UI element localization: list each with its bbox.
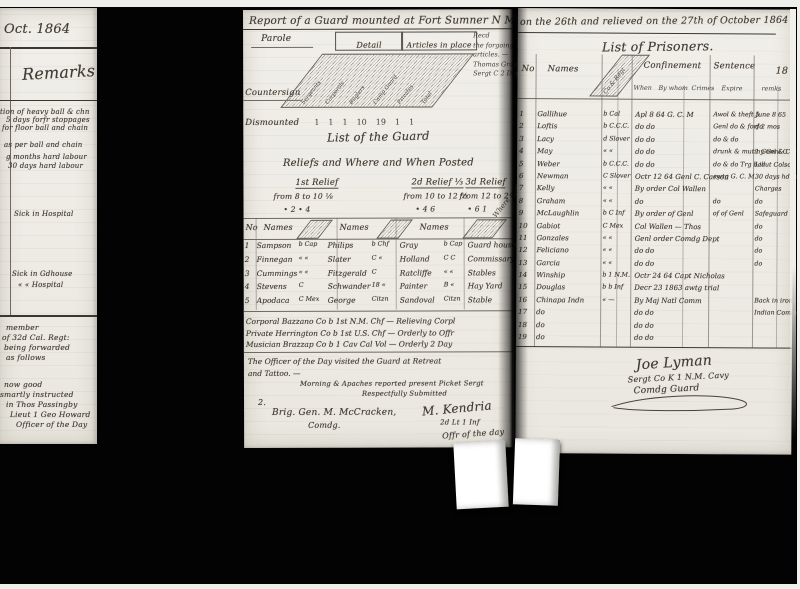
guard-row: 4 Stevens C Schwander 18 « Painter B « H… — [244, 282, 514, 297]
prisoner-sub-header: When — [633, 85, 651, 92]
guard-row-detail-2: b Chf — [372, 241, 389, 248]
report-note-2: Respectfully Submitted — [362, 389, 447, 397]
guard-row-name-3: Holland — [400, 254, 430, 263]
prisoner-row-co: C Slover — [603, 172, 630, 179]
prisoner-row-co: b C.C.C. — [603, 123, 629, 130]
remark-line: Sick in Gdhouse — [12, 270, 72, 278]
prisoner-row-sentence: do — [713, 198, 721, 205]
prisoner-row-name: Chinapa Indn — [536, 296, 584, 304]
prisoner-row-remarks: 5 — [755, 111, 759, 118]
rule — [0, 100, 97, 101]
rule — [0, 315, 97, 317]
rule — [244, 310, 514, 312]
rule — [10, 47, 11, 315]
guard-row-no: 4 — [245, 282, 250, 291]
scan-border-top — [0, 0, 800, 7]
prisoner-row-remarks: do — [755, 198, 763, 205]
articles-label: Articles in place — [407, 40, 472, 49]
report-note-1: Morning & Apaches reported present Picke… — [300, 379, 484, 387]
prisoner-row-co: « « — [603, 148, 613, 155]
prisoner-row-co: « « — [603, 247, 613, 254]
guard-row-name-3: Ratcliffe — [400, 268, 432, 277]
remarks-title: Remarks — [22, 61, 96, 84]
footer-line: now good — [4, 380, 42, 389]
prisoner-row-name: Lacy — [537, 135, 554, 143]
prisoner-row-confinement: By order of Genl — [635, 210, 694, 218]
prisoner-row-confinement: do do — [634, 247, 654, 255]
prisoner-row-confinement: Col Wallen — Thos — [635, 222, 701, 230]
prisoner-row-name: Loftis — [537, 123, 557, 131]
rule — [251, 47, 313, 48]
strength-values: 111101911 — [314, 110, 423, 129]
prisoner-sub-header: Crimes — [691, 85, 714, 92]
relief-2-name: 2d Relief ⅓ — [411, 177, 463, 188]
relief-2-time: from 10 to 12 ½ — [403, 191, 467, 200]
remark-line: 30 days hard labour — [8, 162, 83, 170]
footer-line: Officer of the Day — [16, 420, 87, 429]
commanding-label: Comdg. — [308, 421, 341, 430]
prisoner-col-confinement: Confinement — [644, 61, 702, 71]
prisoner-row-remarks: do — [754, 260, 762, 267]
prisoner-row-sentence: of of Genl — [713, 210, 744, 217]
prisoner-row-co: b Cal — [603, 111, 620, 118]
officer-signature-title: Offr of the day — [442, 427, 505, 440]
guard-row-detail-2: C — [372, 268, 377, 275]
guard-row-detail-1: « « — [299, 268, 309, 275]
footer-line: in Thos Passingby — [6, 400, 78, 409]
relief-2-nums: • 4 6 — [416, 204, 436, 213]
prisoner-row: 19 do do do — [516, 333, 792, 347]
visit-note: The Officer of the Day visited the Guard… — [248, 355, 441, 379]
guard-row-no: 1 — [245, 241, 250, 250]
guard-row-name-2: Fitzgerald — [328, 268, 367, 277]
prisoner-row-name: McLaughlin — [537, 209, 579, 217]
left-ledger-page: Oct. 1864 Remarks tion of heavy ball & c… — [0, 8, 97, 444]
guard-row-name-2: Philips — [328, 241, 354, 250]
prisoner-row-confinement: Apl 8 64 G. C. M — [635, 111, 693, 119]
supernumeraries: Corporal Bazzano Co b 1st N.M. Chf — Rel… — [246, 315, 456, 350]
prisoner-row-name: do — [536, 333, 545, 341]
prisoner-row-name: Winship — [536, 271, 565, 279]
prisoner-row-co: b C.C.C. — [603, 160, 629, 167]
prisoner-row-sentence: Awol & theft June 8 65 — [713, 111, 786, 118]
prisoner-sub-header: Expire — [721, 85, 742, 92]
guard-row-no: 5 — [245, 296, 250, 305]
reliefs-title: Reliefs and Where and When Posted — [268, 157, 488, 169]
guard-row-detail-2: C « — [372, 254, 383, 261]
scanned-document-frame: Oct. 1864 Remarks tion of heavy ball & c… — [0, 0, 800, 589]
guard-row: 2 Finnegan « « Slater C « Holland C C Co… — [244, 254, 514, 269]
signature-flourish — [608, 391, 758, 416]
prisoner-row-remarks: do — [755, 235, 763, 242]
officer-signature-name: M. Kendria — [422, 398, 493, 418]
prisoner-row-confinement: Octr 24 64 Capt Nicholas — [634, 272, 724, 281]
scan-border-bottom — [0, 584, 800, 589]
prisoner-row-co: « « — [603, 185, 613, 192]
page-tab-right — [513, 438, 560, 506]
strength-value: 1 — [409, 118, 414, 127]
prisoner-rows: 1 Gallihue b Cal Apl 8 64 G. C. M Awol &… — [516, 110, 793, 347]
prisoner-row-confinement: do — [635, 197, 644, 205]
prisoner-row-confinement: do do — [634, 334, 654, 342]
countersign-label: Countersign — [245, 88, 300, 98]
guard-row-detail-1: « « — [299, 255, 309, 262]
prisoner-row-confinement: By Maj Natl Comm — [634, 297, 702, 305]
prisoner-sub-headers: WhenBy whomCrimesExpireremks — [517, 84, 793, 96]
officer-signature-rank: 2d Lt 1 Inf — [440, 418, 480, 426]
strength-value: 10 — [357, 118, 367, 127]
guard-row-detail-3: « « — [444, 268, 454, 275]
remark-line: for floor ball and chain — [2, 124, 88, 132]
prisoner-list-title: List of Prisoners. — [573, 38, 743, 55]
strength-value: 1 — [314, 118, 319, 127]
prisoner-row-co: C Mex — [603, 222, 624, 229]
right-page-edge-sliver — [790, 9, 796, 439]
guard-row-detail-3: b Cap — [444, 240, 463, 247]
prisoner-row-co: « « — [603, 234, 613, 241]
supernumerary-line: Musician Brazzap Co b 1 Cav Cal Vol — Or… — [246, 338, 455, 350]
footer-line: as follows — [6, 353, 46, 362]
prisoner-row-name: Gonzales — [537, 234, 569, 242]
prisoner-row-confinement: By order Col Wallen — [635, 185, 706, 193]
strength-value: 19 — [376, 118, 386, 127]
guard-hatch-1 — [296, 220, 333, 239]
guard-row-name-3: Painter — [400, 282, 427, 291]
prisoner-row-co: b 1 N.M. — [602, 272, 630, 279]
visit-note-line: The Officer of the Day visited the Guard… — [248, 355, 441, 367]
footer-line: member — [6, 323, 39, 332]
prisoner-row-confinement: do do — [634, 259, 654, 267]
guard-row-where: Stables — [468, 268, 496, 277]
relief-1-name: 1st Relief — [295, 178, 338, 189]
guard-row-detail-1: b Cap — [299, 241, 318, 248]
relief-3-nums: • 6 1 — [468, 204, 488, 213]
guard-signature-name: Joe Lyman — [635, 353, 712, 374]
guard-row-name-1: Stevens — [257, 282, 287, 291]
prisoner-row-name: do — [536, 321, 545, 329]
footer-line: smartly instructed — [0, 390, 74, 399]
guard-report-page: Report of a Guard mounted at Fort Sumner… — [243, 9, 514, 448]
guard-row: 3 Cummings « « Fitzgerald C Ratcliffe « … — [244, 268, 514, 283]
remark-line: « « Hospital — [18, 281, 63, 289]
guard-row-name-2: Slater — [328, 255, 351, 264]
rule — [518, 32, 776, 35]
guard-row-where: Stable — [468, 296, 492, 305]
remark-line: Sick in Hospital — [14, 210, 73, 218]
page-tab-left — [453, 441, 508, 510]
guard-col-names-1: Names — [264, 223, 293, 232]
prisoner-row-name: Graham — [537, 197, 565, 205]
commanding-general-line: Brig. Gen. M. McCracken, — [272, 408, 396, 418]
prisoner-row-name: Douglas — [536, 284, 565, 292]
prisoner-row-name: Gabiot — [537, 222, 561, 230]
remark-line: as per ball and chain — [4, 141, 82, 149]
supernumerary-line: Corporal Bazzano Co b 1st N.M. Chf — Rel… — [246, 315, 455, 327]
guard-row-no: 2 — [245, 255, 250, 264]
footer-note-number: 2. — [258, 398, 266, 407]
articles-box: Articles in place — [401, 31, 477, 50]
visit-note-line: and Tattoo. — — [248, 367, 441, 379]
prisoner-row-confinement: Decr 23 1863 awtg trial — [634, 284, 719, 293]
guard-row-name-2: Schwander — [328, 282, 371, 291]
guard-row-detail-3: B « — [444, 282, 455, 289]
guard-row-detail-3: C C — [444, 254, 456, 261]
remark-line: g months hard labour — [6, 153, 87, 161]
guard-row-name-3: Gray — [400, 241, 418, 250]
guard-row-name-1: Sampson — [257, 241, 292, 250]
guard-row-name-1: Apodaca — [257, 296, 290, 305]
guard-rows: 1 Sampson b Cap Philips b Chf Gray b Cap… — [244, 240, 514, 310]
prisoner-col-year: 18 — [776, 66, 789, 77]
prisoner-row-remarks: Safeguard — [755, 211, 788, 218]
footer-line: being forwarded — [4, 343, 70, 352]
prisoner-row-sentence: awtg G. C. M. — [713, 173, 757, 180]
remark-line: 5 days forfr stoppages — [6, 116, 90, 124]
rule — [243, 28, 513, 30]
prisoner-row-confinement: do do — [634, 309, 654, 317]
prisoner-row-co: « « — [602, 259, 612, 266]
guard-row: 5 Apodaca C Mex George Citzn Sandoval Ci… — [244, 295, 514, 310]
guard-row-name-2: George — [328, 296, 356, 305]
prisoner-list-page: on the 26th and relieved on the 27th of … — [515, 8, 794, 455]
strength-value: 1 — [395, 118, 400, 127]
guard-row-no: 3 — [245, 269, 250, 278]
guard-col-names-2: Names — [340, 223, 369, 232]
prisoner-row-confinement: do do — [635, 135, 655, 143]
prisoner-row-name: Newman — [537, 172, 569, 180]
prisoner-row-name: do — [536, 308, 545, 316]
detail-label: Detail — [356, 41, 381, 50]
guard-row-detail-2: 18 « — [372, 282, 386, 289]
prisoner-row-name: May — [537, 147, 552, 155]
prisoner-row-co: « — — [602, 296, 614, 303]
prisoner-row-co: b C Inf — [603, 210, 625, 217]
guard-row-detail-2: Citzn — [372, 296, 389, 303]
rule — [243, 100, 301, 101]
relief-1-time: from 8 to 10 ⅛ — [273, 192, 332, 201]
prisoner-row-co: b b Inf — [602, 284, 623, 291]
guard-list-title: List of the Guard — [303, 128, 453, 145]
book-spine-shadow — [498, 8, 528, 455]
footer-line: of 32d Cal. Regt: — [2, 333, 70, 342]
guard-row-detail-3: Citzn — [444, 296, 461, 303]
prisoner-row-remarks: do — [755, 124, 763, 131]
guard-row: 1 Sampson b Cap Philips b Chf Gray b Cap… — [244, 240, 514, 255]
relief-1-nums: • 2 • 4 — [284, 205, 311, 214]
prisoner-row-confinement: do do — [635, 148, 655, 156]
detail-box: Detail — [335, 32, 403, 51]
prisoner-row-name: Gallihue — [537, 110, 567, 118]
prisoner-row-name: Kelly — [537, 184, 555, 192]
prisoner-row-confinement: do do — [634, 321, 654, 329]
prisoner-row-remarks: Charges — [755, 186, 782, 193]
rule — [244, 217, 514, 219]
prisoner-row-confinement: do do — [635, 160, 655, 168]
prisoner-col-sentence: Sentence — [714, 61, 756, 71]
prisoner-row-co: « « — [603, 197, 613, 204]
remark-line: tion of heavy ball & chn — [0, 108, 90, 116]
guard-col-names-3: Names — [420, 222, 449, 231]
strength-value: 1 — [342, 118, 347, 127]
strength-value: 1 — [328, 118, 333, 127]
parole-label: Parole — [261, 34, 291, 44]
strength-label: Dismounted — [245, 118, 299, 128]
footer-line: Lieut 1 Geo Howard — [10, 410, 90, 419]
prisoner-row-remarks: do — [754, 248, 762, 255]
supernumerary-line: Private Herrington Co b 1st U.S. Chf — O… — [246, 327, 455, 339]
left-page-date: Oct. 1864 — [4, 22, 70, 37]
prisoner-row-name: Garcia — [536, 259, 560, 267]
rule — [517, 98, 793, 101]
guard-row-detail-1: C Mex — [299, 296, 320, 303]
guard-row-name-3: Sandoval — [400, 296, 435, 305]
prisoner-row-confinement: do do — [635, 123, 655, 131]
guard-row-name-1: Finnegan — [257, 255, 293, 264]
prisoner-row-name: Feliciano — [536, 246, 568, 254]
guard-row-name-1: Cummings — [257, 268, 298, 277]
rule — [0, 47, 97, 49]
prisoner-row-confinement: Genl order Comdg Dept — [635, 235, 720, 244]
prisoner-row-remarks: do — [755, 223, 763, 230]
guard-row-detail-1: C — [299, 282, 304, 289]
prisoner-row-name: Weber — [537, 160, 560, 168]
strength-row: Dismounted 111101911 — [245, 110, 423, 129]
rule — [244, 351, 514, 353]
title-continuation: on the 26th and relieved on the 27th of … — [520, 15, 789, 28]
prisoner-col-names: Names — [548, 64, 579, 74]
prisoner-row-co: d Slover — [603, 135, 629, 142]
column-slant-labels — [243, 9, 513, 10]
prisoner-row-sentence: Genl do & forf 2 mos — [713, 124, 780, 131]
prisoner-row-sentence: do & do — [713, 136, 738, 143]
report-title: Report of a Guard mounted at Fort Sumner… — [249, 14, 515, 27]
